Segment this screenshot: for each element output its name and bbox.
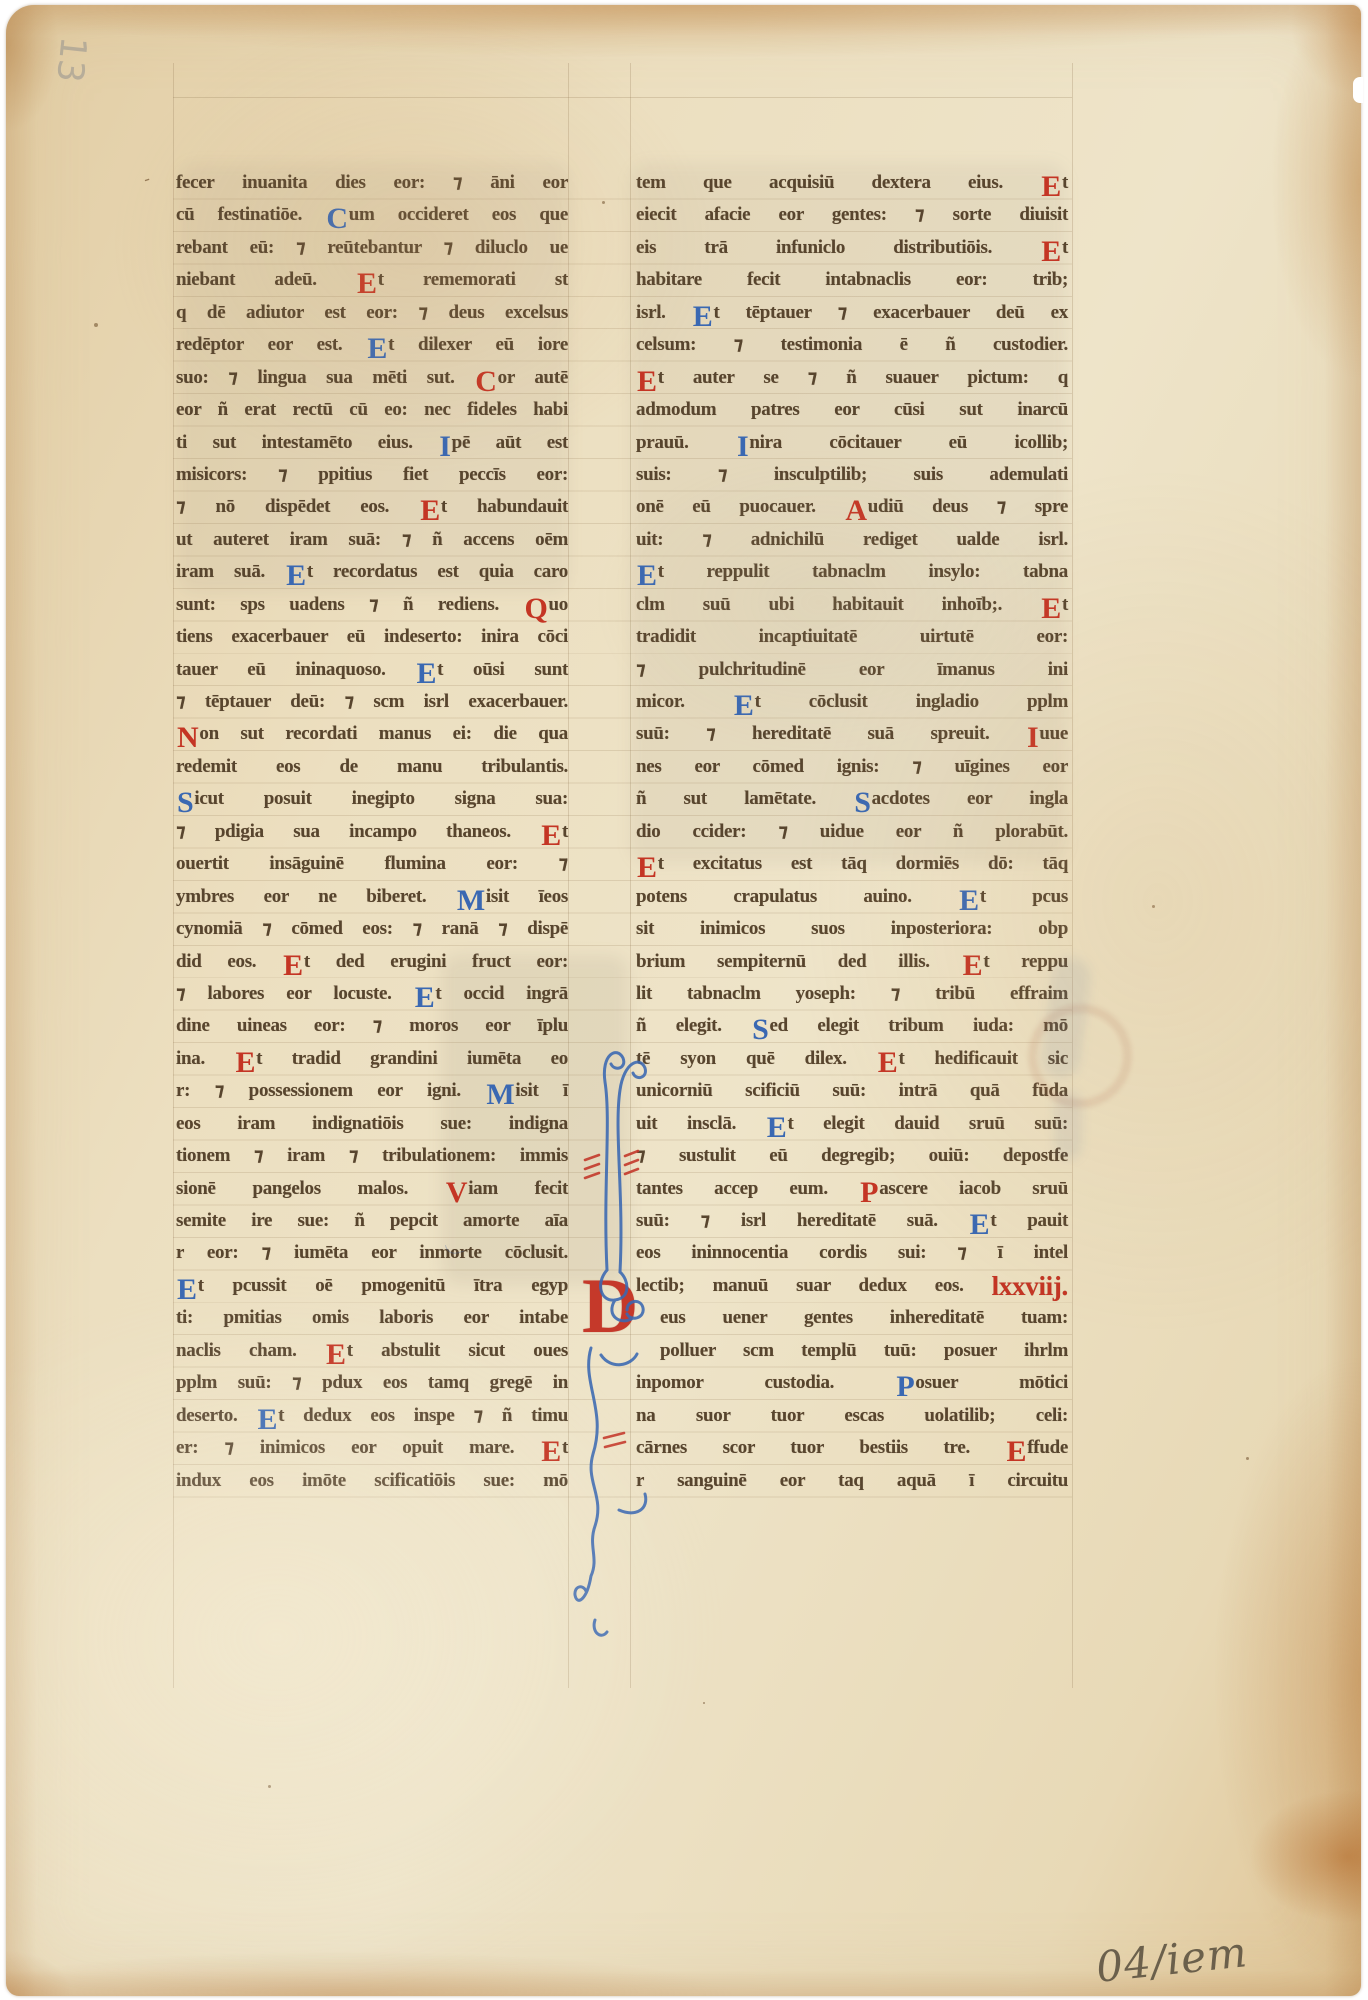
text-line: suū: ⁊ isrl hereditatē suā. Et pauit <box>636 1205 1068 1237</box>
body-text: isrl. <box>636 302 692 323</box>
text-line: ⁊ pulchritudinē eor īmanus ini <box>636 654 1068 686</box>
speck <box>1246 1457 1249 1460</box>
verse-initial: C <box>325 202 348 235</box>
text-line: suo: ⁊ lingua sua mēti sut. Cor autē <box>176 362 568 394</box>
body-text: eis trā infuniclo distributiōis. <box>636 237 1040 258</box>
body-text: ascere iacob sruū <box>879 1178 1068 1199</box>
body-text: nes eor cōmed ignis: ⁊ uīgines eor <box>636 756 1068 777</box>
body-text: t cōclusit ingladio pplm <box>755 691 1068 712</box>
verse-initial: E <box>256 1403 278 1436</box>
parchment-leaf: 13 - fecer inuanita dies eor: ⁊ āni eorc… <box>6 5 1361 1996</box>
verse-initial: E <box>419 494 441 527</box>
body-text: prauū. <box>636 432 736 453</box>
body-text: redēptor eor est. <box>176 334 366 355</box>
text-line: nes eor cōmed ignis: ⁊ uīgines eor <box>636 751 1068 783</box>
body-text: ti sut intestamēto eius. <box>176 432 438 453</box>
body-text: misicors: ⁊ ppitius fiet peccīs eor: <box>176 464 568 485</box>
body-text: ed elegit tribum iuda: mō <box>770 1015 1068 1036</box>
body-text: t tradid grandini iumēta eo <box>256 1048 568 1069</box>
text-line: tauer eū ininaquoso. Et oūsi sunt <box>176 654 568 686</box>
text-line: potens crapulatus auino. Et pcus <box>636 881 1068 913</box>
body-text: indux eos imōte scificatiōis sue: mō <box>176 1470 568 1491</box>
body-text: acdotes eor ingla <box>872 788 1068 809</box>
body-text: cārnes scor tuor bestiis tre. <box>636 1437 1006 1458</box>
text-line: polluer scm templū tuū: posuer ihrlm <box>636 1335 1068 1367</box>
text-line: misicors: ⁊ ppitius fiet peccīs eor: <box>176 459 568 491</box>
body-text: t recordatus est quia caro <box>307 561 568 582</box>
body-text: t excitatus est tāq dormiēs dō: tāq <box>658 853 1068 874</box>
body-text: admodum patres eor cūsi sut inarcū <box>636 399 1068 420</box>
edge-notch <box>1353 77 1363 103</box>
body-text: naclis cham. <box>176 1340 325 1361</box>
text-line: tradidit incaptiuitatē uirtutē eor: <box>636 621 1068 653</box>
body-text: ina. <box>176 1048 234 1069</box>
text-line: ⁊ nō dispēdet eos. Et habundauit <box>176 491 568 523</box>
text-line: eos iram indignatiōis sue: indigna <box>176 1108 568 1140</box>
body-text: t tēptauer ⁊ exacerbauer deū ex <box>713 302 1068 323</box>
body-text: micor. <box>636 691 733 712</box>
verse-initial: E <box>285 559 307 592</box>
verse-initial: E <box>366 332 388 365</box>
verse-initial: E <box>766 1111 788 1144</box>
body-text: habitare fecit intabnaclis eor: trib; <box>636 269 1068 290</box>
text-line: sit inimicos suos inposteriora: obp <box>636 913 1068 945</box>
text-line: er: ⁊ inimicos eor opuit mare. Et <box>176 1432 568 1464</box>
text-line: ina. Et tradid grandini iumēta eo <box>176 1043 568 1075</box>
body-text: t habundauit <box>441 496 568 517</box>
body-text: t elegit dauid sruū suū: <box>787 1113 1068 1134</box>
verse-initial: C <box>474 365 497 398</box>
speck <box>268 1785 271 1788</box>
verse-initial: I <box>1026 721 1039 754</box>
verse-initial: V <box>445 1176 468 1209</box>
text-line: prauū. Inira cōcitauer eū icollib; <box>636 427 1068 459</box>
body-text: ⁊ sustulit eū degregib; ouiū: depostfe <box>636 1145 1068 1166</box>
body-text: pplm suū: ⁊ pdux eos tamq gregē in <box>176 1372 568 1393</box>
text-line: tem que acquisiū dextera eius. Et <box>636 167 1068 199</box>
text-line: tiens exacerbauer eū indeserto: inira cō… <box>176 621 568 653</box>
psalm-number: lxxviij. <box>992 1271 1068 1301</box>
body-text: uo <box>549 594 568 615</box>
text-line: cū festinatiōe. Cum occideret eos que <box>176 199 568 231</box>
verse-initial: I <box>438 430 451 463</box>
text-line: eiecit afacie eor gentes: ⁊ sorte diuisi… <box>636 199 1068 231</box>
text-line: r sanguinē eor taq aquā ī circuitu <box>636 1465 1068 1497</box>
body-text: suis: ⁊ insculptilib; suis ademulati <box>636 464 1068 485</box>
body-text: cynomiā ⁊ cōmed eos: ⁊ ranā ⁊ dispē <box>176 918 568 939</box>
body-text: t oūsi sunt <box>437 659 568 680</box>
ruling-vertical <box>173 63 174 1688</box>
verse-initial: E <box>733 689 755 722</box>
verse-initial: S <box>751 1013 769 1046</box>
body-text: clm suū ubi habitauit inhoīb;. <box>636 594 1040 615</box>
verse-initial: E <box>540 819 562 852</box>
verse-initial: E <box>969 1208 991 1241</box>
text-line: redemit eos de manu tribulantis. <box>176 751 568 783</box>
text-line: tē syon quē dilex. Et hedificauit sic <box>636 1043 1068 1075</box>
body-text: t dilexer eū iore <box>388 334 568 355</box>
body-text: ⁊ nō dispēdet eos. <box>176 496 419 517</box>
text-line: fecer inuanita dies eor: ⁊ āni eor <box>176 167 568 199</box>
text-line: ouertit insāguinē flumina eor: ⁊ <box>176 848 568 880</box>
margin-mark: - <box>141 169 153 190</box>
body-text: icut posuit inegipto signa sua: <box>194 788 568 809</box>
text-line: redēptor eor est. Et dilexer eū iore <box>176 329 568 361</box>
text-line: lit tabnaclm yoseph: ⁊ tribū effraim <box>636 978 1068 1010</box>
body-text: ⁊ pdigia sua incampo thaneos. <box>176 821 540 842</box>
body-text: did eos. <box>176 951 282 972</box>
verse-initial: E <box>325 1338 347 1371</box>
speck <box>602 201 605 204</box>
verse-initial: E <box>234 1046 256 1079</box>
body-text: or autē <box>498 367 568 388</box>
body-text: sunt: sps uadens ⁊ ñ rediens. <box>176 594 523 615</box>
verse-initial: I <box>736 430 749 463</box>
text-line: suū: ⁊ hereditatē suā spreuit. Iuue <box>636 718 1068 750</box>
body-text: sionē pangelos malos. <box>176 1178 445 1199</box>
verse-initial: M <box>485 1078 515 1111</box>
verse-initial: P <box>895 1370 915 1403</box>
body-text: lectib; manuū suar dedux eos. <box>636 1275 992 1296</box>
body-text: niebant adeū. <box>176 269 356 290</box>
text-line: dine uineas eor: ⁊ moros eor īplu <box>176 1010 568 1042</box>
photograph-backdrop: 13 - fecer inuanita dies eor: ⁊ āni eorc… <box>0 0 1368 2000</box>
text-line: onē eū puocauer. Audiū deus ⁊ spre <box>636 491 1068 523</box>
verse-initial: E <box>1040 592 1062 625</box>
verse-initial: E <box>1040 170 1062 203</box>
text-line: semite ire sue: ñ pepcit amorte aīa <box>176 1205 568 1237</box>
body-text: nira cōcitauer eū icollib; <box>749 432 1068 453</box>
body-text: cū festinatiōe. <box>176 204 325 225</box>
text-line: habitare fecit intabnaclis eor: trib; <box>636 264 1068 296</box>
text-line: inpomor custodia. Posuer mōtici <box>636 1367 1068 1399</box>
body-text: suo: ⁊ lingua sua mēti sut. <box>176 367 474 388</box>
verse-initial: N <box>176 721 199 754</box>
body-text: uue <box>1039 723 1068 744</box>
verse-initial: E <box>636 559 658 592</box>
body-text: iram suā. <box>176 561 285 582</box>
body-text: t pauit <box>990 1210 1068 1231</box>
body-text: t <box>1062 172 1068 193</box>
text-line: q dē adiutor est eor: ⁊ deus excelsus <box>176 297 568 329</box>
verse-initial: S <box>853 786 871 819</box>
text-line: ⁊ tēptauer deū: ⁊ scm isrl exacerbauer. <box>176 686 568 718</box>
body-text: deserto. <box>176 1405 256 1426</box>
text-line: brium sempiternū ded illis. Et reppu <box>636 946 1068 978</box>
text-line: cynomiā ⁊ cōmed eos: ⁊ ranā ⁊ dispē <box>176 913 568 945</box>
text-line: ⁊ sustulit eū degregib; ouiū: depostfe <box>636 1140 1068 1172</box>
body-text: tiens exacerbauer eū indeserto: inira cō… <box>176 626 568 647</box>
text-line: na suor tuor escas uolatilib; celi: <box>636 1400 1068 1432</box>
body-text: r sanguinē eor taq aquā ī circuitu <box>636 1470 1068 1491</box>
text-line: ⁊ pdigia sua incampo thaneos. Et <box>176 816 568 848</box>
body-text: suū: ⁊ hereditatē suā spreuit. <box>636 723 1026 744</box>
body-text: lit tabnaclm yoseph: ⁊ tribū effraim <box>636 983 1068 1004</box>
speck <box>703 1702 705 1704</box>
body-text: isit īeos <box>486 886 568 907</box>
penwork-flourish-icon <box>541 1010 676 1670</box>
body-text: ti: pmitias omis laboris eor intabe <box>176 1307 568 1328</box>
shelfmark-inscription: 04/iem <box>1094 1927 1250 1992</box>
body-text: ⁊ pulchritudinē eor īmanus ini <box>636 659 1068 680</box>
text-line: clm suū ubi habitauit inhoīb;. Et <box>636 589 1068 621</box>
text-line: eis trā infuniclo distributiōis. Et <box>636 232 1068 264</box>
text-line: naclis cham. Et abstulit sicut oues <box>176 1335 568 1367</box>
body-text: r: ⁊ possessionem eor igni. <box>176 1080 485 1101</box>
text-line: dio ccider: ⁊ uidue eor ñ plorabūt. <box>636 816 1068 848</box>
ruling-vertical <box>1072 63 1073 1688</box>
body-text: eus uener gentes inhereditatē tuam: <box>660 1307 1068 1328</box>
text-line: indux eos imōte scificatiōis sue: mō <box>176 1465 568 1497</box>
body-text: t rememorati st <box>378 269 568 290</box>
text-line: r eor: ⁊ iumēta eor inmorte cōclusit. <box>176 1237 568 1269</box>
text-line: Et reppulit tabnaclm insylo: tabna <box>636 556 1068 588</box>
body-text: eiecit afacie eor gentes: ⁊ sorte diuisi… <box>636 204 1068 225</box>
text-line: tionem ⁊ iram ⁊ tribulationem: immis <box>176 1140 568 1172</box>
text-line: r: ⁊ possessionem eor igni. Misit ī <box>176 1075 568 1107</box>
verse-initial: E <box>414 981 436 1014</box>
text-line: ñ elegit. Sed elegit tribum iuda: mō <box>636 1010 1068 1042</box>
body-text: ymbres eor ne biberet. <box>176 886 456 907</box>
body-text: tradidit incaptiuitatē uirtutē eor: <box>636 626 1068 647</box>
body-text: redemit eos de manu tribulantis. <box>176 756 568 777</box>
body-text: unicorniū scificiū suū: intrā quā fūda <box>636 1080 1068 1101</box>
body-text: na suor tuor escas uolatilib; celi: <box>636 1405 1068 1426</box>
body-text: ouertit insāguinē flumina eor: ⁊ <box>176 853 568 874</box>
text-line: ⁊ labores eor locuste. Et occid ingrā <box>176 978 568 1010</box>
verse-initial: S <box>176 786 194 819</box>
body-text: tem que acquisiū dextera eius. <box>636 172 1040 193</box>
verse-initial: E <box>1040 235 1062 268</box>
text-line: Sicut posuit inegipto signa sua: <box>176 783 568 815</box>
body-text: fecer inuanita dies eor: ⁊ āni eor <box>176 172 568 193</box>
verse-initial: Q <box>523 592 548 625</box>
body-text: t auter se ⁊ ñ suauer pictum: q <box>658 367 1068 388</box>
verse-initial: E <box>282 949 304 982</box>
verse-initial: P <box>859 1176 879 1209</box>
body-text: semite ire sue: ñ pepcit amorte aīa <box>176 1210 568 1231</box>
ruling-top-line <box>173 97 1072 98</box>
body-text: t ded erugini fruct eor: <box>304 951 568 972</box>
text-line: did eos. Et ded erugini fruct eor: <box>176 946 568 978</box>
text-line: deserto. Et dedux eos inspe ⁊ ñ timu <box>176 1400 568 1432</box>
text-line: eus uener gentes inhereditatē tuam: <box>636 1302 1068 1334</box>
body-text: t <box>1062 594 1068 615</box>
body-text: ut auteret iram suā: ⁊ ñ accens oēm <box>176 529 568 550</box>
verse-initial: E <box>356 267 378 300</box>
body-text: eos ininnocentia cordis sui: ⁊ ī intel <box>636 1242 1068 1263</box>
body-text: t pcussit oē pmogenitū ītra egyp <box>198 1275 568 1296</box>
folio-number-pencil: 13 <box>48 35 94 85</box>
body-text: sit inimicos suos inposteriora: obp <box>636 918 1068 939</box>
body-text: dio ccider: ⁊ uidue eor ñ plorabūt. <box>636 821 1068 842</box>
body-text: brium sempiternū ded illis. <box>636 951 962 972</box>
verse-initial: A <box>844 494 867 527</box>
text-column-right: tem que acquisiū dextera eius. Eteiecit … <box>636 167 1068 1497</box>
text-line: celsum: ⁊ testimonia ē ñ custodier. <box>636 329 1068 361</box>
text-line: uit: ⁊ adnichilū rediget ualde isrl. <box>636 524 1068 556</box>
verse-initial: E <box>636 365 658 398</box>
body-text: polluer scm templū tuū: posuer ihrlm <box>660 1340 1068 1361</box>
body-text: ⁊ labores eor locuste. <box>176 983 414 1004</box>
body-text: celsum: ⁊ testimonia ē ñ custodier. <box>636 334 1068 355</box>
body-text: eos iram indignatiōis sue: indigna <box>176 1113 568 1134</box>
text-line: Non sut recordati manus ei: die qua <box>176 718 568 750</box>
speck <box>94 323 98 327</box>
body-text: um occideret eos que <box>349 204 568 225</box>
body-text: onē eū puocauer. <box>636 496 844 517</box>
body-text: ñ sut lamētate. <box>636 788 853 809</box>
verso-show-through-flourish <box>1054 1090 1082 1160</box>
body-text: osuer mōtici <box>915 1372 1068 1393</box>
text-line: tantes accep eum. Pascere iacob sruū <box>636 1173 1068 1205</box>
text-line: ti: pmitias omis laboris eor intabe <box>176 1302 568 1334</box>
text-column-left: fecer inuanita dies eor: ⁊ āni eorcū fes… <box>176 167 568 1497</box>
body-text: udiū deus ⁊ spre <box>868 496 1068 517</box>
verse-initial: E <box>636 851 658 884</box>
text-line: Et excitatus est tāq dormiēs dō: tāq <box>636 848 1068 880</box>
body-text: t occid ingrā <box>435 983 568 1004</box>
text-line: suis: ⁊ insculptilib; suis ademulati <box>636 459 1068 491</box>
text-line: uit insclā. Et elegit dauid sruū suū: <box>636 1108 1068 1140</box>
body-text: dine uineas eor: ⁊ moros eor īplu <box>176 1015 568 1036</box>
body-text: on sut recordati manus ei: die qua <box>199 723 568 744</box>
body-text: ffude <box>1027 1437 1068 1458</box>
verse-initial: E <box>877 1046 899 1079</box>
verse-initial: E <box>1006 1435 1028 1468</box>
text-line: sunt: sps uadens ⁊ ñ rediens. Quo <box>176 589 568 621</box>
text-line: pplm suū: ⁊ pdux eos tamq gregē in <box>176 1367 568 1399</box>
body-text: pē aūt est <box>452 432 568 453</box>
text-line: eos ininnocentia cordis sui: ⁊ ī intel <box>636 1237 1068 1269</box>
text-line: niebant adeū. Et rememorati st <box>176 264 568 296</box>
text-line: eor ñ erat rectū cū eo: nec fideles habi <box>176 394 568 426</box>
text-line: ñ sut lamētate. Sacdotes eor ingla <box>636 783 1068 815</box>
body-text: t abstulit sicut oues <box>347 1340 568 1361</box>
text-line: unicorniū scificiū suū: intrā quā fūda <box>636 1075 1068 1107</box>
text-line: Et pcussit oē pmogenitū ītra egyp <box>176 1270 568 1302</box>
body-text: t pcus <box>980 886 1068 907</box>
speck <box>1152 905 1155 908</box>
text-line: sionē pangelos malos. Viam fecit <box>176 1173 568 1205</box>
text-line: iram suā. Et recordatus est quia caro <box>176 556 568 588</box>
body-text: rebant eū: ⁊ reūtebantur ⁊ diluclo ue <box>176 237 568 258</box>
text-line: ymbres eor ne biberet. Misit īeos <box>176 881 568 913</box>
text-line: Et auter se ⁊ ñ suauer pictum: q <box>636 362 1068 394</box>
body-text: uit: ⁊ adnichilū rediget ualde isrl. <box>636 529 1068 550</box>
body-text: er: ⁊ inimicos eor opuit mare. <box>176 1437 540 1458</box>
verse-initial: E <box>958 884 980 917</box>
text-line: ti sut intestamēto eius. Ipē aūt est <box>176 427 568 459</box>
body-text: potens crapulatus auino. <box>636 886 958 907</box>
text-line: rebant eū: ⁊ reūtebantur ⁊ diluclo ue <box>176 232 568 264</box>
body-text: r eor: ⁊ iumēta eor inmorte cōclusit. <box>176 1242 568 1263</box>
body-text: suū: ⁊ isrl hereditatē suā. <box>636 1210 969 1231</box>
text-line: admodum patres eor cūsi sut inarcū <box>636 394 1068 426</box>
body-text: t dedux eos inspe ⁊ ñ timu <box>278 1405 568 1426</box>
body-text: ⁊ tēptauer deū: ⁊ scm isrl exacerbauer. <box>176 691 568 712</box>
verse-initial: E <box>692 300 714 333</box>
text-line: micor. Et cōclusit ingladio pplm <box>636 686 1068 718</box>
text-line: ut auteret iram suā: ⁊ ñ accens oēm <box>176 524 568 556</box>
body-text: tionem ⁊ iram ⁊ tribulationem: immis <box>176 1145 568 1166</box>
body-text: t reppulit tabnaclm insylo: tabna <box>658 561 1068 582</box>
verse-initial: E <box>962 949 984 982</box>
text-line: isrl. Et tēptauer ⁊ exacerbauer deū ex <box>636 297 1068 329</box>
body-text: eor ñ erat rectū cū eo: nec fideles habi <box>176 399 568 420</box>
body-text: t <box>562 821 568 842</box>
text-line: cārnes scor tuor bestiis tre. Effude <box>636 1432 1068 1464</box>
body-text: tauer eū ininaquoso. <box>176 659 415 680</box>
text-line: lectib; manuū suar dedux eos. lxxviij. <box>636 1270 1068 1302</box>
body-text: t <box>1062 237 1068 258</box>
body-text: q dē adiutor est eor: ⁊ deus excelsus <box>176 302 568 323</box>
verse-initial: E <box>415 657 437 690</box>
verse-initial: M <box>456 884 486 917</box>
verse-initial: E <box>176 1273 198 1306</box>
